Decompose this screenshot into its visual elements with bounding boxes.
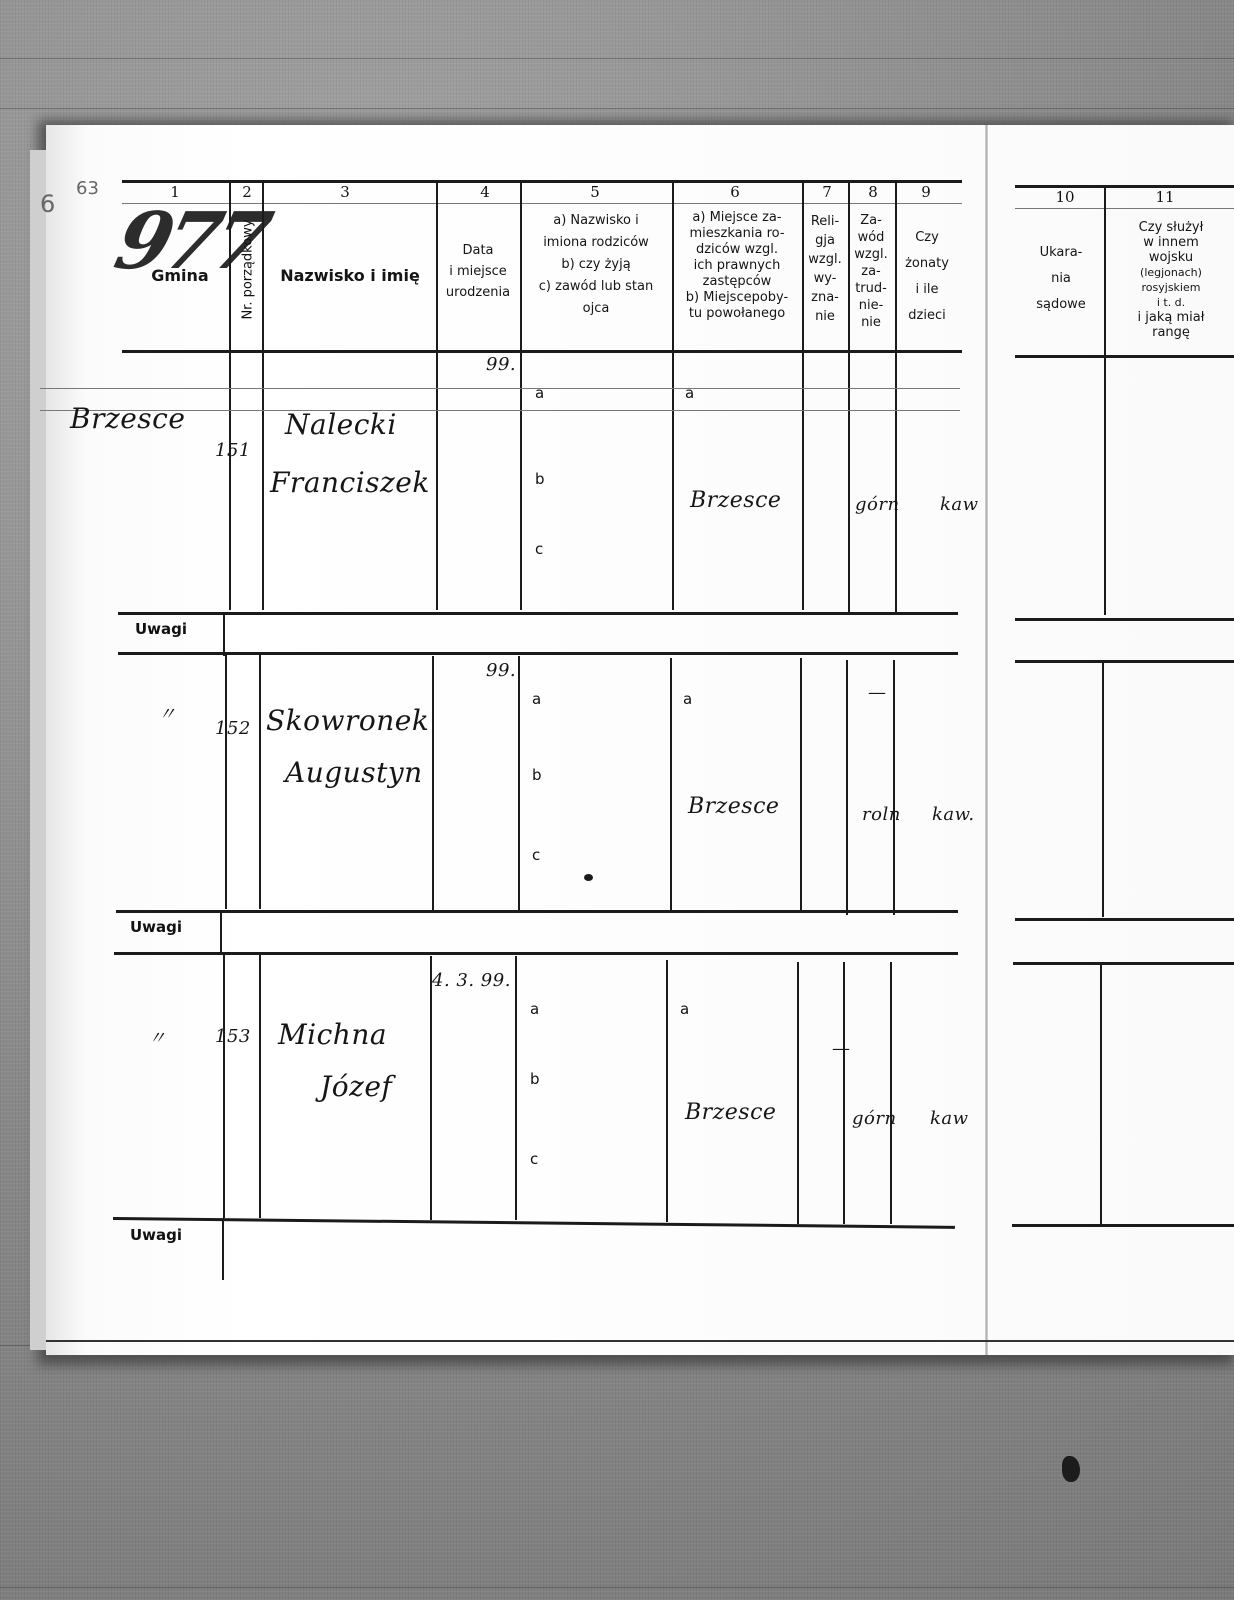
header-line: wzgl.: [849, 246, 893, 263]
colnum-rule: [122, 203, 962, 204]
remarks-bottom-rule: [114, 952, 958, 955]
header-data-urodzenia: Data i miejsce urodzenia: [437, 240, 519, 303]
entry-given-name: Józef: [320, 1070, 392, 1103]
entry-marital: kaw.: [932, 804, 975, 825]
header-line: gja: [803, 231, 847, 250]
header-line: dzieci: [896, 303, 958, 329]
entry-bottom-rule-right: [1012, 1224, 1234, 1227]
sub-label-a: a: [532, 690, 541, 708]
header-line: c) zawód lub stan: [521, 276, 671, 298]
entry-marital: kaw: [940, 494, 979, 515]
colnum-rule-right: [1015, 208, 1234, 209]
entry-bottom-rule: [118, 612, 958, 615]
header-line: Data: [437, 240, 519, 261]
entry-bottom-rule: [116, 910, 958, 913]
remarks-divider: [222, 1218, 224, 1280]
ink-blot: [1062, 1456, 1080, 1482]
header-line: Czy: [896, 225, 958, 251]
header-line: Za-: [849, 212, 893, 229]
sub-label-a: a: [535, 384, 544, 402]
column-number-9: 9: [906, 183, 946, 201]
entry-bottom-rule-right: [1015, 618, 1234, 621]
header-line: rangę: [1108, 325, 1234, 340]
col-rule: [229, 180, 231, 610]
entry-surname: Skowronek: [266, 704, 429, 737]
sub-label-c: c: [530, 1150, 538, 1168]
entry-given-name: Augustyn: [285, 756, 423, 789]
entry-nr: 151: [215, 440, 251, 461]
col-rule: [515, 956, 517, 1220]
header-zawod: Za- wód wzgl. za- trud- nie- nie: [849, 212, 893, 331]
remarks-bottom-rule: [118, 652, 958, 655]
remarks-label: Uwagi: [130, 1226, 182, 1244]
remarks-divider: [220, 910, 222, 954]
sub-label-a: a: [685, 384, 694, 402]
col-rule: [672, 180, 674, 610]
entry-nr: 152: [215, 718, 251, 739]
remarks-label: Uwagi: [135, 620, 187, 638]
entry-nr: 153: [215, 1026, 251, 1047]
header-nr-porzadkowy: Nr. porządkowy: [241, 210, 256, 330]
header-line: trud-: [849, 280, 893, 297]
column-number-4: 4: [460, 183, 510, 201]
header-line: b) czy żyją: [521, 254, 671, 276]
col-rule: [1100, 964, 1102, 1226]
col-rule: [895, 180, 897, 612]
column-number-3: 3: [320, 183, 370, 201]
header-line: sądowe: [1018, 292, 1104, 318]
entry-religion: —: [832, 1038, 851, 1059]
entry-occupation: górn: [855, 494, 900, 515]
header-line: i jaką miał: [1108, 310, 1234, 325]
header-line: tu powołanego: [673, 306, 801, 322]
col-rule: [1102, 662, 1104, 917]
margin-pencil-number: 63: [76, 178, 99, 199]
header-line: dziców wzgl.: [673, 242, 801, 258]
entry-gmina: Brzesce: [70, 402, 185, 435]
column-number-11: 11: [1140, 188, 1190, 206]
header-line: Ukara-: [1018, 240, 1104, 266]
page-bottom-edge: [46, 1340, 1234, 1342]
col-rule: [890, 962, 892, 1224]
sub-label-a: a: [530, 1000, 539, 1018]
col-rule: [893, 660, 895, 915]
entry-birth: 99.: [486, 660, 516, 681]
column-number-8: 8: [858, 183, 888, 201]
header-line: a) Nazwisko i: [521, 210, 671, 232]
col-rule: [518, 656, 520, 911]
column-number-2: 2: [232, 183, 262, 201]
col-rule: [666, 960, 668, 1222]
remarks-bottom-rule-right: [1013, 962, 1234, 965]
sub-label-c: c: [535, 540, 543, 558]
header-line: nie: [849, 314, 893, 331]
header-sluzba: Czy służył w innem wojsku (legjonach) ro…: [1108, 220, 1234, 340]
header-line: żonaty: [896, 251, 958, 277]
entry-residence: Brzesce: [688, 794, 779, 819]
column-number-10: 10: [1040, 188, 1090, 206]
entry-given-name: Franciszek: [270, 466, 430, 499]
header-miejsce-zamieszkania: a) Miejsce za- mieszkania ro- dziców wzg…: [673, 210, 801, 322]
entry-residence: Brzesce: [690, 488, 781, 513]
sub-label-c: c: [532, 846, 540, 864]
entry-occupation: roln: [862, 804, 901, 825]
entry-gmina: 〃: [158, 700, 177, 726]
col-rule: [430, 956, 432, 1220]
page-fold: [985, 125, 988, 1355]
header-line: w innem: [1108, 235, 1234, 250]
sub-label-b: b: [530, 1070, 540, 1088]
col-rule: [802, 180, 804, 610]
entry-surname: Michna: [278, 1018, 387, 1051]
entry-marital: kaw: [930, 1108, 969, 1129]
header-line: i miejsce: [437, 261, 519, 282]
header-line: rosyjskiem: [1108, 280, 1234, 295]
entry-residence: Brzesce: [685, 1100, 776, 1125]
header-line: i ile: [896, 277, 958, 303]
header-line: ich prawnych: [673, 258, 801, 274]
sub-label-b: b: [535, 470, 545, 488]
col-rule: [225, 654, 227, 909]
col-rule: [223, 954, 225, 1218]
header-bottom-rule: [122, 350, 962, 353]
header-line: ojca: [521, 298, 671, 320]
col-rule: [797, 962, 799, 1224]
header-line: imiona rodziców: [521, 232, 671, 254]
header-line: b) Miejscepoby-: [673, 290, 801, 306]
column-number-7: 7: [812, 183, 842, 201]
header-line: zastępców: [673, 274, 801, 290]
margin-pencil-side: 6: [40, 190, 55, 218]
header-line: wojsku: [1108, 250, 1234, 265]
column-number-6: 6: [710, 183, 760, 201]
col-rule: [800, 658, 802, 913]
header-nazwisko-imie: Nazwisko i imię: [265, 268, 435, 284]
guide-line: [40, 388, 960, 389]
col-rule: [520, 180, 522, 610]
header-line: zna-: [803, 288, 847, 307]
header-ukarania: Ukara- nia sądowe: [1018, 240, 1104, 318]
col-rule: [432, 656, 434, 911]
header-line: wzgl.: [803, 250, 847, 269]
entry-religion: —: [868, 682, 887, 703]
header-line: Czy służył: [1108, 220, 1234, 235]
col-rule: [848, 180, 850, 612]
header-line: nie: [803, 307, 847, 326]
header-line: a) Miejsce za-: [673, 210, 801, 226]
header-zonaty: Czy żonaty i ile dzieci: [896, 225, 958, 329]
col-rule: [259, 954, 261, 1218]
column-number-1: 1: [150, 183, 200, 201]
sub-label-a: a: [683, 690, 692, 708]
header-line: wy-: [803, 269, 847, 288]
header-line: nia: [1018, 266, 1104, 292]
entry-surname: Nalecki: [285, 408, 397, 441]
remarks-label: Uwagi: [130, 918, 182, 936]
entry-bottom-rule-right: [1015, 918, 1234, 921]
header-line: mieszkania ro-: [673, 226, 801, 242]
entry-gmina: 〃: [148, 1024, 167, 1050]
sub-label-a: a: [680, 1000, 689, 1018]
header-line: i t. d.: [1108, 295, 1234, 310]
column-number-5: 5: [570, 183, 620, 201]
ink-blot: [584, 874, 593, 881]
header-rodzice: a) Nazwisko i imiona rodziców b) czy żyj…: [521, 210, 671, 320]
header-line: nie-: [849, 297, 893, 314]
entry-birth: 99.: [486, 354, 516, 375]
sub-label-b: b: [532, 766, 542, 784]
col-rule: [843, 962, 845, 1224]
col-rule: [846, 660, 848, 915]
col-rule: [1104, 185, 1106, 615]
col-rule: [436, 180, 438, 610]
col-rule: [259, 654, 261, 909]
header-line: urodzenia: [437, 282, 519, 303]
header-bottom-rule-right: [1015, 355, 1234, 358]
header-religia: Reli- gja wzgl. wy- zna- nie: [803, 212, 847, 326]
entry-occupation: górn: [852, 1108, 897, 1129]
col-rule: [262, 180, 264, 610]
header-line: za-: [849, 263, 893, 280]
header-line: (legjonach): [1108, 265, 1234, 280]
header-gmina: Gmina: [135, 268, 225, 284]
remarks-bottom-rule-right: [1015, 660, 1234, 663]
col-rule: [670, 658, 672, 913]
entry-birth: 4. 3. 99.: [432, 970, 511, 991]
header-line: wód: [849, 229, 893, 246]
remarks-divider: [223, 612, 225, 656]
header-line: Reli-: [803, 212, 847, 231]
